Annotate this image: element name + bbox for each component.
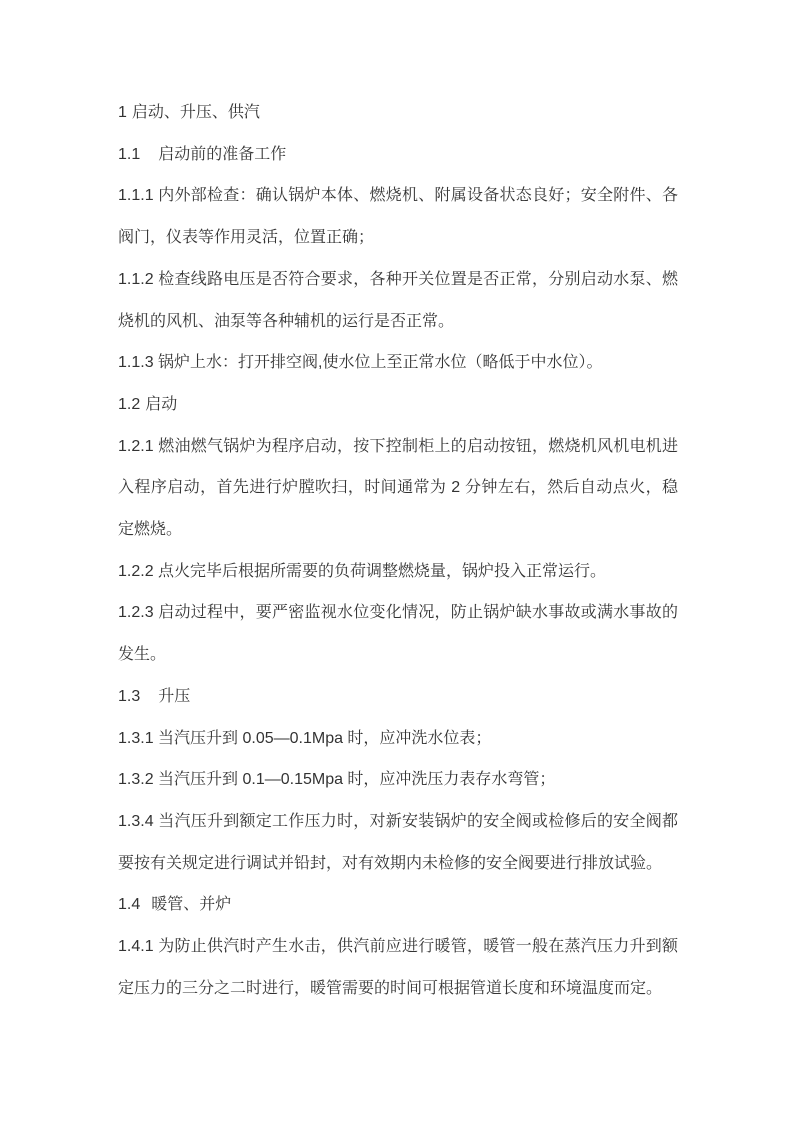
heading-number: 1.3 xyxy=(118,676,140,718)
section-heading: 1.3升压 xyxy=(118,676,678,718)
document-body: 1启动、升压、供汽1.1启动前的准备工作1.1.1 内外部检查：确认锅炉本体、燃… xyxy=(118,92,678,1009)
heading-number: 1.2 xyxy=(118,384,140,426)
heading-number: 1 xyxy=(118,92,127,134)
section-heading: 1.1启动前的准备工作 xyxy=(118,134,678,176)
section-heading: 1.4暖管、并炉 xyxy=(118,884,678,926)
paragraph: 1.2.1 燃油燃气锅炉为程序启动，按下控制柜上的启动按钮，燃烧机风机电机进入程… xyxy=(118,426,678,551)
heading-number: 1.4 xyxy=(118,884,140,926)
heading-title: 启动前的准备工作 xyxy=(158,146,286,163)
heading-title: 暖管、并炉 xyxy=(151,896,231,913)
paragraph: 1.2.2 点火完毕后根据所需要的负荷调整燃烧量，锅炉投入正常运行。 xyxy=(118,551,678,593)
document-page: 1启动、升压、供汽1.1启动前的准备工作1.1.1 内外部检查：确认锅炉本体、燃… xyxy=(0,0,793,1122)
heading-title: 升压 xyxy=(158,688,190,705)
paragraph: 1.1.1 内外部检查：确认锅炉本体、燃烧机、附属设备状态良好；安全附件、各阀门… xyxy=(118,175,678,258)
heading-number: 1.1 xyxy=(118,134,140,176)
section-heading: 1.2启动 xyxy=(118,384,678,426)
paragraph: 1.3.2 当汽压升到 0.1—0.15Mpa 时，应冲洗压力表存水弯管； xyxy=(118,759,678,801)
paragraph: 1.1.3 锅炉上水：打开排空阀,使水位上至正常水位（略低于中水位）。 xyxy=(118,342,678,384)
heading-title: 启动、升压、供汽 xyxy=(132,104,260,121)
heading-title: 启动 xyxy=(145,396,177,413)
paragraph: 1.3.1 当汽压升到 0.05—0.1Mpa 时，应冲洗水位表； xyxy=(118,718,678,760)
paragraph: 1.1.2 检查线路电压是否符合要求，各种开关位置是否正常，分别启动水泵、燃烧机… xyxy=(118,259,678,342)
section-heading: 1启动、升压、供汽 xyxy=(118,92,678,134)
paragraph: 1.4.1 为防止供汽时产生水击，供汽前应进行暖管，暖管一般在蒸汽压力升到额定压… xyxy=(118,926,678,1009)
paragraph: 1.2.3 启动过程中，要严密监视水位变化情况，防止锅炉缺水事故或满水事故的发生… xyxy=(118,592,678,675)
paragraph: 1.3.4 当汽压升到额定工作压力时，对新安装锅炉的安全阀或检修后的安全阀都要按… xyxy=(118,801,678,884)
